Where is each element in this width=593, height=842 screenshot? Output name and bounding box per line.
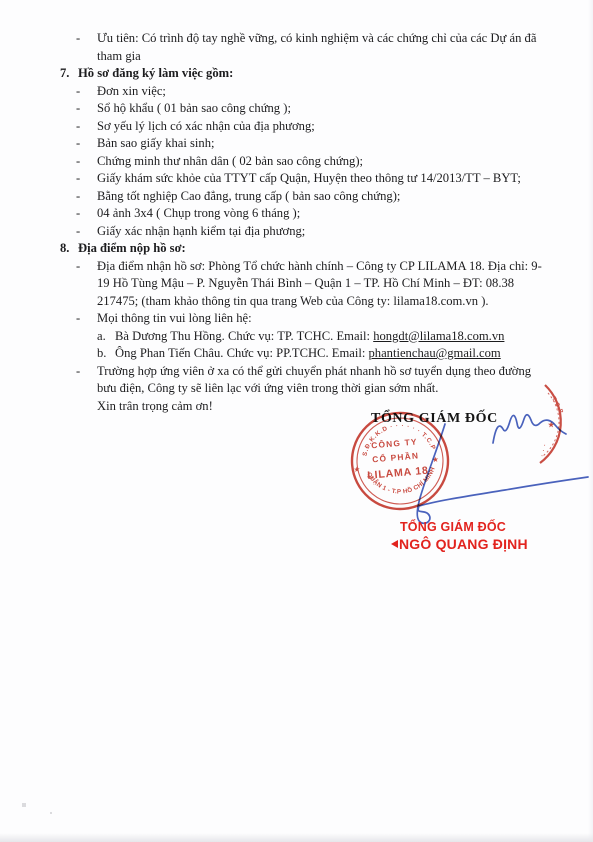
signer-name-block: TỔNG GIÁM ĐỐC NGÔ QUANG ĐỊNH [391, 519, 515, 553]
section-8-heading: 8. Địa điểm nộp hồ sơ: [60, 240, 542, 258]
item-text: Sổ hộ khẩu ( 01 bản sao công chứng ); [97, 101, 291, 115]
item-text: Bản sao giấy khai sinh; [97, 136, 215, 150]
scan-speck [50, 812, 52, 814]
stamp-artifact-triangle-icon [391, 540, 398, 548]
bullet-dash: - [76, 223, 80, 241]
scan-edge-shadow-bottom [0, 833, 593, 842]
bullet-dash: - [76, 118, 80, 136]
contact-item: a. Bà Dương Thu Hồng. Chức vụ: TP. TCHC.… [60, 328, 542, 346]
list-item: - Sổ hộ khẩu ( 01 bản sao công chứng ); [60, 100, 542, 118]
contact-email: hongdt@lilama18.com.vn [373, 329, 504, 343]
item-text: Địa điểm nhận hồ sơ: Phòng Tổ chức hành … [97, 259, 542, 308]
item-text: Giấy khám sức khỏe của TTYT cấp Quận, Hu… [97, 171, 521, 185]
list-item-mailing: - Trường hợp ứng viên ở xa có thể gửi ch… [60, 363, 542, 398]
item-text: Mọi thông tin vui lòng liên hệ: [97, 311, 252, 325]
item-text: 04 ảnh 3x4 ( Chụp trong vòng 6 tháng ); [97, 206, 300, 220]
bullet-dash: - [76, 170, 80, 188]
list-item: - Bằng tốt nghiệp Cao đẳng, trung cấp ( … [60, 188, 542, 206]
list-item: - Giấy khám sức khỏe của TTYT cấp Quận, … [60, 170, 542, 188]
contact-label: b. [97, 345, 106, 363]
contact-item: b. Ông Phan Tiến Châu. Chức vụ: PP.TCHC.… [60, 345, 542, 363]
section-title: Hồ sơ đăng ký làm việc gồm: [78, 66, 233, 80]
section-number: 8. [60, 240, 69, 258]
scanned-document-page: - Ưu tiên: Có trình độ tay nghề vững, có… [0, 0, 593, 842]
bullet-dash: - [76, 205, 80, 223]
signer-name-text: NGÔ QUANG ĐỊNH [399, 536, 528, 552]
item-text: Trường hợp ứng viên ở xa có thể gửi chuy… [97, 364, 531, 396]
contact-text: Ông Phan Tiến Châu. Chức vụ: PP.TCHC. Em… [115, 346, 368, 360]
item-text: Giấy xác nhận hạnh kiểm tại địa phương; [97, 224, 305, 238]
contact-text: Bà Dương Thu Hồng. Chức vụ: TP. TCHC. Em… [115, 329, 373, 343]
list-item: - Giấy xác nhận hạnh kiểm tại địa phương… [60, 223, 542, 241]
item-text: Bằng tốt nghiệp Cao đẳng, trung cấp ( bả… [97, 189, 400, 203]
list-item: - Chứng minh thư nhân dân ( 02 bản sao c… [60, 153, 542, 171]
list-item: - 04 ảnh 3x4 ( Chụp trong vòng 6 tháng )… [60, 205, 542, 223]
list-item-address: - Địa điểm nhận hồ sơ: Phòng Tổ chức hàn… [60, 258, 542, 311]
bullet-dash: - [76, 83, 80, 101]
list-item: - Bản sao giấy khai sinh; [60, 135, 542, 153]
list-item-priority: - Ưu tiên: Có trình độ tay nghề vững, có… [60, 30, 542, 65]
bullet-dash: - [76, 100, 80, 118]
list-item: - Đơn xin việc; [60, 83, 542, 101]
item-text: Chứng minh thư nhân dân ( 02 bản sao côn… [97, 154, 363, 168]
signer-name-red: NGÔ QUANG ĐỊNH [391, 536, 515, 553]
signer-title-red: TỔNG GIÁM ĐỐC [391, 519, 515, 536]
list-item-contact-intro: - Mọi thông tin vui lòng liên hệ: [60, 310, 542, 328]
section-number: 7. [60, 65, 69, 83]
bullet-dash: - [76, 188, 80, 206]
item-text: Sơ yếu lý lịch có xác nhận của địa phươn… [97, 119, 315, 133]
bullet-dash: - [76, 310, 80, 328]
item-text: Ưu tiên: Có trình độ tay nghề vững, có k… [97, 31, 536, 63]
document-body: - Ưu tiên: Có trình độ tay nghề vững, có… [60, 30, 542, 415]
scan-speck [22, 803, 26, 807]
list-item: - Sơ yếu lý lịch có xác nhận của địa phư… [60, 118, 542, 136]
item-text: Đơn xin việc; [97, 84, 166, 98]
bullet-dash: - [76, 258, 80, 276]
contact-label: a. [97, 328, 106, 346]
signature-ink-icon [405, 405, 593, 535]
contact-email: phantienchau@gmail.com [368, 346, 500, 360]
bullet-dash: - [76, 30, 80, 48]
bullet-dash: - [76, 135, 80, 153]
bullet-dash: - [76, 153, 80, 171]
section-title: Địa điểm nộp hồ sơ: [78, 241, 186, 255]
section-7-heading: 7. Hồ sơ đăng ký làm việc gồm: [60, 65, 542, 83]
stamp-star-left-icon: ★ [353, 464, 361, 474]
bullet-dash: - [76, 363, 80, 381]
